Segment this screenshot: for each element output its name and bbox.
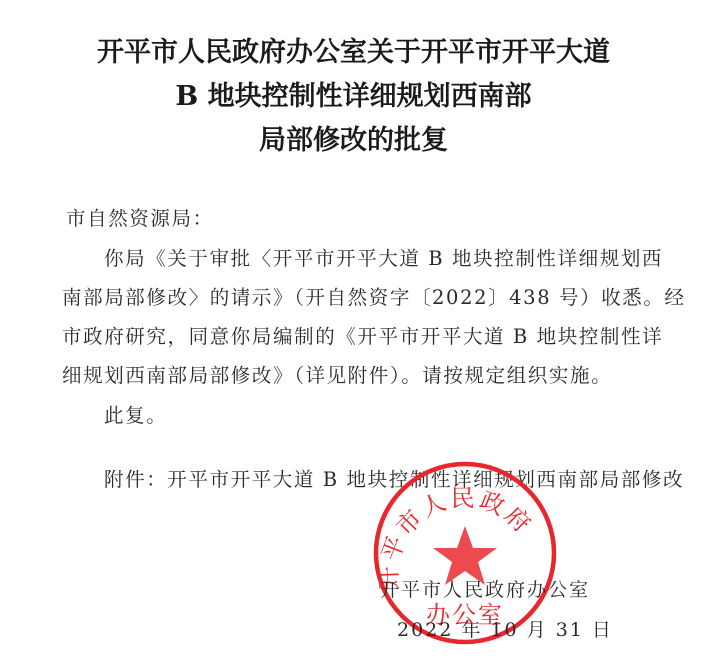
body-line-2: 南部局部修改〉的请示》（开自然资字〔2022〕438 号）收悉。经 [62, 286, 686, 310]
document-title-line-2: B 地块控制性详细规划西南部 [0, 82, 707, 112]
closing-text: 此复。 [104, 404, 167, 428]
document-title-line-3: 局部修改的批复 [0, 126, 707, 156]
body-line-1: 你局《关于审批〈开平市开平大道 B 地块控制性详细规划西 [104, 247, 663, 271]
addressee: 市自然资源局： [66, 207, 214, 231]
document-title-line-1: 开平市人民政府办公室关于开平市开平大道 [0, 38, 707, 68]
body-line-3: 市政府研究，同意你局编制的《开平市开平大道 B 地块控制性详 [62, 325, 663, 349]
body-line-4: 细规划西南部局部修改》（详见附件）。请按规定组织实施。 [62, 364, 612, 388]
issuer-name: 开平市人民政府办公室 [380, 578, 590, 602]
issue-date: 2022 年 10 月 31 日 [397, 618, 613, 642]
star-icon [433, 526, 497, 585]
